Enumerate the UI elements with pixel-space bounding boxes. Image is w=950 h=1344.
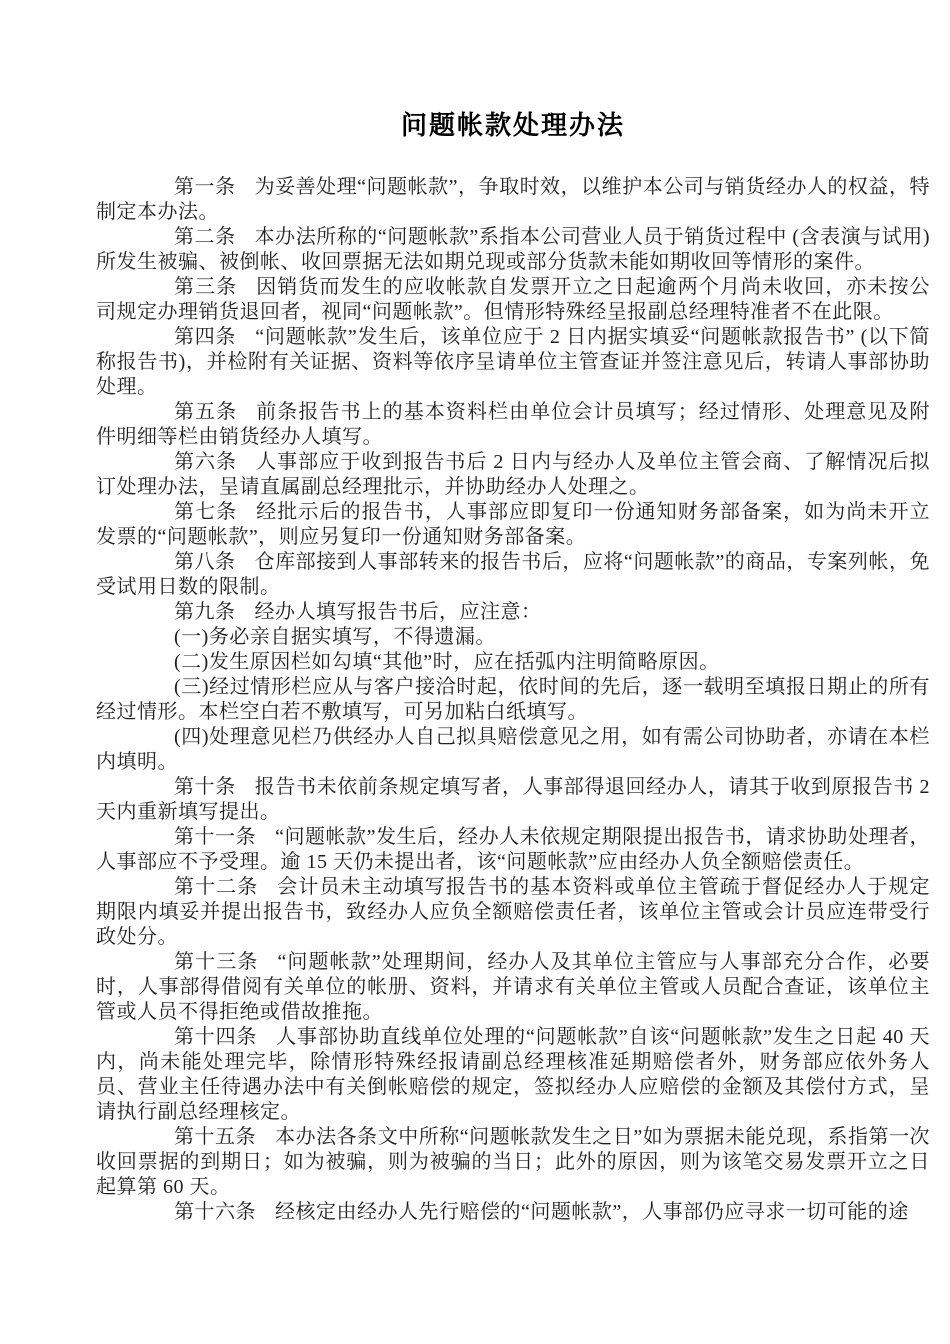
paragraph-article-2: 第二条本办法所称的“问题帐款”系指本公司营业人员于销货过程中 (含表演与试用)所… (96, 225, 930, 275)
list-item-1: (一)务必亲自据实填写，不得遗漏。 (96, 625, 930, 650)
list-item-1-text: (一)务必亲自据实填写，不得遗漏。 (174, 626, 496, 648)
article-4-label: 第四条 (174, 326, 236, 348)
list-item-4: (四)处理意见栏乃供经办人自己拟具赔偿意见之用，如有需公司协助者，亦请在本栏内填… (96, 725, 930, 775)
paragraph-article-7: 第七条经批示后的报告书，人事部应即复印一份通知财务部备案，如为尚未开立发票的“问… (96, 500, 930, 550)
paragraph-article-8: 第八条仓库部接到人事部转来的报告书后，应将“问题帐款”的商品，专案列帐，免受试用… (96, 550, 930, 600)
paragraph-article-12: 第十二条会计员未主动填写报告书的基本资料或单位主管疏于督促经办人于规定期限内填妥… (96, 875, 930, 950)
article-2-label: 第二条 (174, 226, 236, 248)
article-16-text: 经核定由经办人先行赔偿的“问题帐款”，人事部仍应寻求一切可能的途 (275, 1201, 909, 1223)
article-12-label: 第十二条 (174, 876, 258, 898)
article-7-label: 第七条 (174, 501, 237, 523)
paragraph-article-13: 第十三条“问题帐款”处理期间，经办人及其单位主管应与人事部充分合作，必要时，人事… (96, 950, 930, 1025)
paragraph-article-4: 第四条“问题帐款”发生后，该单位应于 2 日内据实填妥“问题帐款报告书” (以下… (96, 325, 930, 400)
article-15-label: 第十五条 (174, 1126, 256, 1148)
paragraph-article-9: 第九条经办人填写报告书后，应注意： (96, 600, 930, 625)
paragraph-article-10: 第十条报告书未依前条规定填写者，人事部得退回经办人，请其于收到原报告书 2 天内… (96, 775, 930, 825)
paragraph-article-5: 第五条前条报告书上的基本资料栏由单位会计员填写；经过情形、处理意见及附件明细等栏… (96, 400, 930, 450)
paragraph-article-16: 第十六条经核定由经办人先行赔偿的“问题帐款”，人事部仍应寻求一切可能的途 (96, 1200, 930, 1225)
paragraph-article-14: 第十四条人事部协助直线单位处理的“问题帐款”自该“问题帐款”发生之日起 40 天… (96, 1025, 930, 1125)
list-item-2-text: (二)发生原因栏如勾填“其他”时，应在括弧内注明简略原因。 (174, 651, 720, 673)
article-11-label: 第十一条 (174, 826, 256, 848)
article-8-label: 第八条 (174, 551, 236, 573)
article-14-label: 第十四条 (174, 1026, 257, 1048)
list-item-3-text: (三)经过情形栏应从与客户接洽时起，依时间的先后，逐一载明至填报日期止的所有经过… (96, 676, 930, 723)
list-item-3: (三)经过情形栏应从与客户接洽时起，依时间的先后，逐一载明至填报日期止的所有经过… (96, 675, 930, 725)
paragraph-article-11: 第十一条“问题帐款”发生后，经办人未依规定期限提出报告书，请求协助处理者，人事部… (96, 825, 930, 875)
article-5-label: 第五条 (174, 401, 237, 423)
article-13-label: 第十三条 (174, 951, 258, 973)
list-item-4-text: (四)处理意见栏乃供经办人自己拟具赔偿意见之用，如有需公司协助者，亦请在本栏内填… (96, 726, 930, 773)
article-9-text: 经办人填写报告书后，应注意： (255, 601, 542, 623)
article-10-label: 第十条 (174, 776, 236, 798)
paragraph-article-3: 第三条因销货而发生的应收帐款自发票开立之日起逾两个月尚未收回，亦未按公司规定办理… (96, 275, 930, 325)
article-16-label: 第十六条 (174, 1201, 256, 1223)
paragraph-article-6: 第六条人事部应于收到报告书后 2 日内与经办人及单位主管会商、了解情况后拟订处理… (96, 450, 930, 500)
article-3-label: 第三条 (174, 276, 237, 298)
article-1-label: 第一条 (174, 176, 236, 198)
document-title: 问题帐款处理办法 (96, 109, 930, 142)
article-6-label: 第六条 (174, 451, 237, 473)
article-9-label: 第九条 (174, 601, 236, 623)
document-page: 问题帐款处理办法 第一条为妥善处理“问题帐款”，争取时效，以维护本公司与销货经办… (0, 0, 950, 1344)
paragraph-article-15: 第十五条本办法各条文中所称“问题帐款发生之日”如为票据未能兑现，系指第一次收回票… (96, 1125, 930, 1200)
paragraph-article-1: 第一条为妥善处理“问题帐款”，争取时效，以维护本公司与销货经办人的权益，特制定本… (96, 175, 930, 225)
list-item-2: (二)发生原因栏如勾填“其他”时，应在括弧内注明简略原因。 (96, 650, 930, 675)
